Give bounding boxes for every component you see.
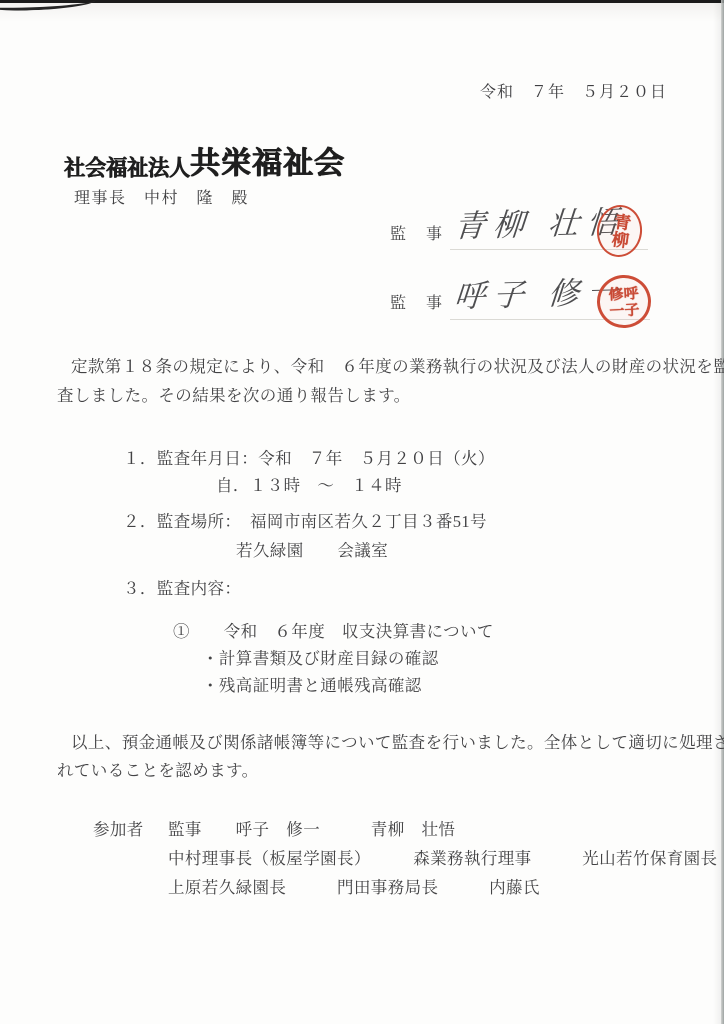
- participants-line1: 監事 呼子 修一 青柳 壮悟: [168, 822, 455, 839]
- participants-line2: 中村理事長（板屋学園長） 森業務執行理事 光山若竹保育園長: [168, 851, 717, 868]
- closing-paragraph-line1: 以上、預金通帳及び関係諸帳簿等について監査を行いました。全体として適切に処理さ: [71, 735, 724, 752]
- seal-char: 一: [609, 302, 625, 319]
- participants-label: 参加者: [93, 822, 144, 839]
- auditor2-role-label: 監 事: [390, 296, 444, 312]
- closing-paragraph-line2: れていることを認めます。: [57, 763, 258, 780]
- document-date: 令和 ７年 ５月２０日: [480, 85, 667, 101]
- organization-title: 共栄福祉会: [190, 149, 345, 180]
- addressee-line: 理事長 中村 隆 殿: [74, 191, 249, 207]
- audit-content-sub1: ① 令和 ６年度 収支決算書について: [173, 624, 494, 641]
- audit-place-item: ２．監査場所： 福岡市南区若久２丁目３番51号: [123, 514, 487, 531]
- intro-paragraph-line2: 査しました。その結果を次の通り報告します。: [57, 388, 411, 405]
- scan-edge-right-shadow: [713, 0, 721, 1024]
- seal-char: 呼: [623, 284, 639, 301]
- audit-time-line: 自．１３時 ～ １４時: [216, 478, 402, 495]
- intro-paragraph-line1: 定款第１８条の規定により、令和 ６年度の業務執行の状況及び法人の財産の状況を監: [71, 359, 724, 376]
- scan-edge-top-curve: [0, 0, 96, 12]
- organization-type-label: 社会福祉法人: [64, 157, 190, 179]
- audit-content-item: ３．監査内容：: [123, 581, 241, 598]
- auditor2-seal-text: 修 呼 一 子: [608, 284, 640, 319]
- audit-place-room-line: 若久緑園 会議室: [236, 543, 388, 560]
- scanned-audit-report-page: 令和 ７年 ５月２０日 社会福祉法人 共栄福祉会 理事長 中村 隆 殿 監 事 …: [0, 0, 724, 1024]
- auditor1-role-label: 監 事: [390, 227, 444, 243]
- organization-name: 社会福祉法人 共栄福祉会: [64, 149, 345, 179]
- auditor2-seal-stamp: 修 呼 一 子: [596, 274, 653, 330]
- audit-content-sub2: ・計算書類及び財産目録の確認: [202, 651, 439, 668]
- scan-edge-top: [0, 0, 724, 3]
- audit-content-sub3: ・残高証明書と通帳残高確認: [202, 678, 422, 695]
- seal-char: 子: [624, 301, 640, 318]
- participants-line3: 上原若久緑園長 門田事務局長 内藤氏: [168, 880, 540, 897]
- audit-date-item: １．監査年月日：令和 ７年 ５月２０日（火）: [123, 451, 495, 468]
- seal-char: 修: [608, 285, 624, 302]
- auditor1-seal-text: 青柳: [605, 212, 634, 251]
